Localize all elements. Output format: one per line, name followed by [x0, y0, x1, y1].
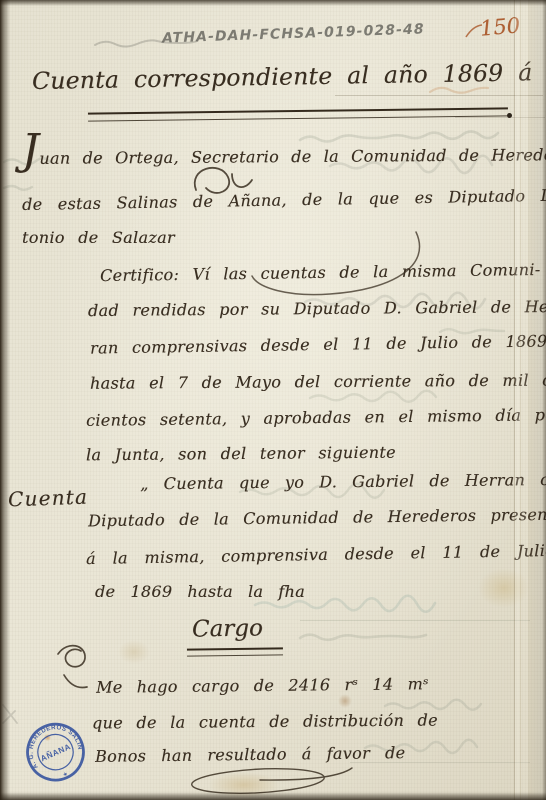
paper-stain [338, 694, 352, 708]
page-edge-band [514, 0, 546, 800]
stamp-rim-text: A. G. HEREDEROS SALINAS [14, 710, 85, 774]
cuenta-line-3: á la misma, comprensiva desde el 11 de J… [86, 541, 546, 568]
cuenta-line-4: de 1869 hasta la fha [95, 582, 305, 601]
ruled-line [335, 95, 543, 96]
opening-line-1: Juan de Ortega, Secretario de la Comunid… [22, 145, 546, 168]
scan-edge-right [542, 0, 546, 800]
certification-line-6: la Junta, son del tenor siguiente [86, 443, 396, 465]
cargo-heading: Cargo [192, 615, 263, 642]
certification-line-3: ran comprensivas desde el 11 de Julio de… [90, 331, 546, 357]
paper-stain [208, 772, 280, 798]
archive-code: ATHA-DAH-FCHSA-019-028-48 [162, 21, 425, 46]
opening-line-3: tonio de Salazar [22, 228, 175, 247]
folio-number: 150 [479, 13, 521, 40]
closing-oval-flourish [192, 768, 352, 793]
cuenta-line-2: Diputado de la Comunidad de Herederos pr… [88, 505, 546, 531]
paper-stain [118, 640, 150, 664]
stamp-rim-text-holder: A. G. HEREDEROS SALINAS [14, 710, 85, 774]
cargo-line-2: que de la cuenta de distribución de [92, 710, 438, 732]
herederos-salinas-stamp: A. G. HEREDEROS SALINAS AÑANA ★ [14, 710, 96, 792]
opening-line-2: de estas Salinas de Añana, de la que es … [22, 185, 546, 214]
cargo-underline [187, 647, 283, 656]
margin-paraph [58, 646, 87, 688]
ghost-scribble [385, 700, 481, 710]
paper-stain [478, 568, 530, 608]
title-underline [88, 107, 508, 121]
cargo-line-3: Bonos han resultado á favor de [95, 743, 406, 766]
margin-note-cuenta: Cuenta [8, 485, 89, 512]
page-title: Cuenta correspondiente al año 1869 á 187… [32, 57, 546, 95]
scan-edge-top [0, 0, 546, 6]
ghost-scribble [300, 635, 426, 640]
scan-edge-left [0, 0, 10, 800]
certification-line-4: hasta el 7 de Mayo del corriente año de … [90, 370, 546, 392]
rubric-swirl [195, 168, 252, 193]
manuscript-page: ATHA-DAH-FCHSA-019-028-48 150 Cuenta cor… [0, 0, 546, 800]
cuenta-line-1: „ Cuenta que yo D. Gabriel de Herran com… [140, 470, 546, 494]
certification-line-5: cientos setenta, y aprobadas en el mismo… [86, 405, 546, 430]
ghost-scribble [3, 705, 17, 723]
certification-line-1: Certifico: Ví las cuentas de la misma Co… [100, 260, 541, 285]
certification-line-2: dad rendidas por su Diputado D. Gabriel … [88, 297, 546, 320]
ruled-line [455, 117, 545, 118]
ghost-scribble [310, 391, 436, 402]
cargo-line-1: Me hago cargo de 2416 rˢ 14 mˢ [96, 674, 429, 696]
scan-edge-bottom [0, 792, 546, 800]
ruled-line [300, 620, 530, 621]
ghost-scribble [300, 132, 498, 142]
stamp-center-text: AÑANA [39, 742, 72, 763]
ghost-scribble [430, 88, 488, 93]
